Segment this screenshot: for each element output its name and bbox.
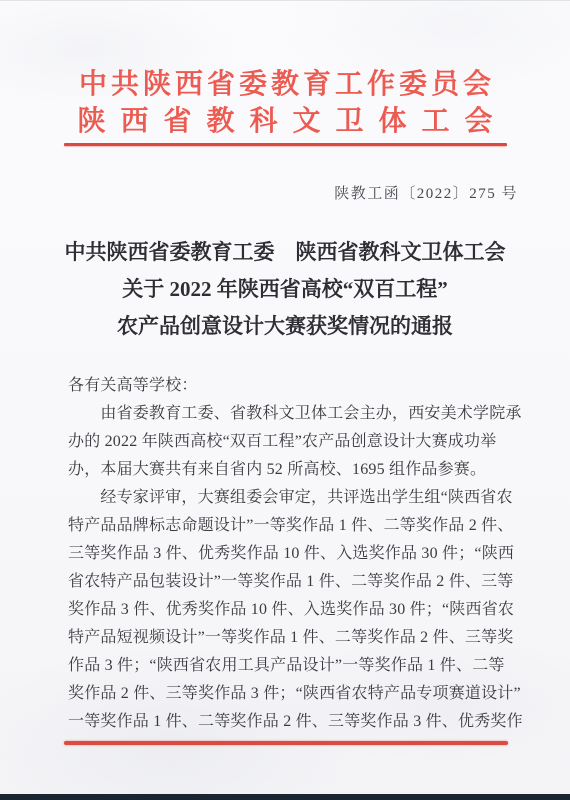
body-line: 办，本届大赛共有来自省内 52 所高校、1695 组作品参赛。	[68, 456, 513, 484]
document-title-line-1: 中共陕西省委教育工委 陕西省教科文卫体工会	[0, 234, 570, 271]
body-line: 办的 2022 年陕西高校“双百工程”农产品创意设计大赛成功举	[68, 428, 513, 456]
letterhead: 中共陕西省委教育工作委员会 陕西省教科文卫体工会	[0, 66, 570, 140]
body-line: 三等奖作品 3 件、优秀奖作品 10 件、入选奖作品 30 件；“陕西	[68, 540, 513, 568]
document-title: 中共陕西省委教育工委 陕西省教科文卫体工会 关于 2022 年陕西省高校“双百工…	[0, 234, 570, 345]
issuing-org-line-1: 中共陕西省委教育工作委员会	[0, 66, 570, 103]
salutation-line: 各有关高等学校：	[68, 372, 513, 400]
body-line: 经专家评审，大赛组委会审定，共评选出学生组“陕西省农	[68, 484, 513, 512]
document-title-line-2: 关于 2022 年陕西省高校“双百工程”	[0, 271, 570, 308]
letterhead-red-separator-line	[64, 143, 507, 146]
body-line: 由省委教育工委、省教科文卫体工会主办，西安美术学院承	[68, 400, 513, 428]
body-line: 奖作品 3 件、优秀奖作品 10 件、入选奖作品 30 件；“陕西省农	[68, 596, 513, 624]
document-body: 各有关高等学校： 由省委教育工委、省教科文卫体工会主办，西安美术学院承 办的 2…	[68, 372, 513, 736]
scan-top-edge	[0, 0, 570, 1]
body-line: 省农特产品包装设计”一等奖作品 1 件、二等奖作品 2 件、三等	[68, 568, 513, 596]
body-line: 一等奖作品 1 件、二等奖作品 2 件、三等奖作品 3 件、优秀奖作	[68, 708, 513, 736]
document-reference-number: 陕教工函〔2022〕275 号	[334, 182, 518, 203]
document-title-line-3: 农产品创意设计大赛获奖情况的通报	[0, 308, 570, 345]
body-line: 奖作品 2 件、三等奖作品 3 件；“陕西省农特产品专项赛道设计”	[68, 680, 513, 708]
issuing-org-line-2: 陕西省教科文卫体工会	[0, 103, 570, 140]
body-line: 作品 3 件；“陕西省农用工具产品设计”一等奖作品 1 件、二等	[68, 652, 513, 680]
body-line: 特产品短视频设计”一等奖作品 1 件、二等奖作品 2 件、三等奖	[68, 624, 513, 652]
scanned-official-document-page: 中共陕西省委教育工作委员会 陕西省教科文卫体工会 陕教工函〔2022〕275 号…	[0, 0, 570, 800]
body-line: 特产品品牌标志命题设计”一等奖作品 1 件、二等奖作品 2 件、	[68, 512, 513, 540]
scan-bottom-edge-bar	[0, 794, 570, 800]
page-bottom-red-line	[64, 741, 508, 745]
